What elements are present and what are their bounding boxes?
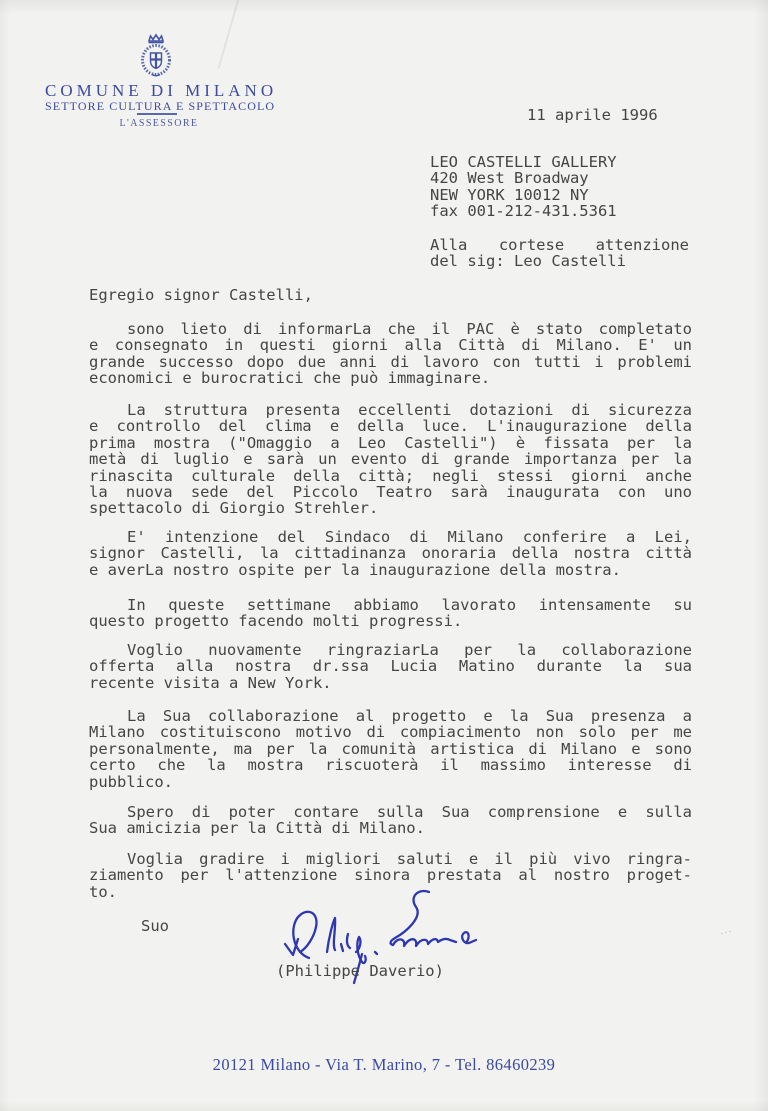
paragraph-line: pubblico. — [89, 774, 692, 790]
paragraph-line: Milano costituiscono motivo di compiacim… — [89, 724, 692, 740]
paragraph-line: offerta alla nostra dr.ssa Lucia Matino … — [89, 658, 692, 674]
paragraph-line: Voglio nuovamente ringraziarLa per la co… — [89, 642, 692, 658]
paragraph-line: rinascita culturale della città; negli s… — [89, 468, 692, 484]
letter-date: 11 aprile 1996 — [527, 107, 658, 123]
recipient-name: LEO CASTELLI GALLERY — [430, 154, 617, 170]
paragraph-line: personalmente, ma per la comunità artist… — [89, 741, 692, 757]
paragraph-line: certo che la mostra riscuoterà il massim… — [89, 757, 692, 773]
paragraph-line: E' intenzione del Sindaco di Milano conf… — [89, 529, 692, 545]
letter-page: COMUNE DI MILANO SETTORE CULTURA E SPETT… — [0, 0, 768, 1111]
paper-crease — [218, 0, 241, 69]
paragraph: Voglio nuovamente ringraziarLa per la co… — [89, 642, 692, 691]
paragraph: Voglia gradire i migliori saluti e il pi… — [89, 851, 692, 900]
paragraph-line: La struttura presenta eccellenti dotazio… — [89, 402, 692, 418]
paragraph: La Sua collaborazione al progetto e la S… — [89, 708, 692, 790]
footer-address: 20121 Milano - Via T. Marino, 7 - Tel. 8… — [0, 1055, 768, 1075]
paragraph-line: spettacolo di Giorgio Strehler. — [89, 500, 692, 516]
paragraph-line: economici e burocratici che può immagina… — [89, 370, 692, 386]
paragraph: E' intenzione del Sindaco di Milano conf… — [89, 529, 692, 578]
signer-name: (Philippe Daverio) — [276, 963, 444, 979]
recipient-address-block: LEO CASTELLI GALLERY 420 West Broadway N… — [430, 154, 617, 220]
paragraph: Spero di poter contare sulla Sua compren… — [89, 804, 692, 837]
paragraph-line: recente visita a New York. — [89, 675, 692, 691]
pencil-mark: ․․․ — [719, 925, 733, 938]
attention-line: del sig: Leo Castelli — [430, 253, 689, 269]
paragraph-line: grande successo dopo due anni di lavoro … — [89, 354, 692, 370]
paragraph-line: e consegnato in questi giorni alla Città… — [89, 337, 692, 353]
paragraph: In queste settimane abbiamo lavorato int… — [89, 597, 692, 630]
paragraph-line: to. — [89, 884, 692, 900]
paragraph: La struttura presenta eccellenti dotazio… — [89, 402, 692, 517]
closing-word: Suo — [141, 918, 169, 934]
paragraph-line: La Sua collaborazione al progetto e la S… — [89, 708, 692, 724]
paragraph-line: In queste settimane abbiamo lavorato int… — [89, 597, 692, 613]
attention-block: Alla cortese attenzione del sig: Leo Cas… — [430, 237, 689, 270]
paragraph-line: prima mostra ("Omaggio a Leo Castelli") … — [89, 435, 692, 451]
attention-line: Alla cortese attenzione — [430, 237, 689, 253]
paragraph-line: Sua amicizia per la Città di Milano. — [89, 820, 692, 836]
recipient-fax: fax 001-212-431.5361 — [430, 203, 617, 219]
recipient-city: NEW YORK 10012 NY — [430, 187, 617, 203]
paragraph-line: ziamento per l'attenzione sinora prestat… — [89, 867, 692, 883]
paragraph: sono lieto di informarLa che il PAC è st… — [89, 321, 692, 387]
paragraph-line: la nuova sede del Piccolo Teatro sarà in… — [89, 484, 692, 500]
salutation: Egregio signor Castelli, — [89, 287, 313, 303]
paragraph-line: e controllo del clima e della luce. L'in… — [89, 418, 692, 434]
paragraph-line: sono lieto di informarLa che il PAC è st… — [89, 321, 692, 337]
paragraph-line: e averLa nostro ospite per la inaugurazi… — [89, 562, 692, 578]
paragraph-line: Spero di poter contare sulla Sua compren… — [89, 804, 692, 820]
organization-name: COMUNE DI MILANO — [45, 81, 273, 101]
paragraph-line: Voglia gradire i migliori saluti e il pi… — [89, 851, 692, 867]
letterhead-divider — [137, 113, 177, 115]
recipient-street: 420 West Broadway — [430, 170, 617, 186]
department-name: SETTORE CULTURA E SPETTACOLO — [45, 99, 273, 114]
paragraph-line: metà di luglio e sarà un evento di grand… — [89, 451, 692, 467]
office-title: L'ASSESSORE — [109, 118, 209, 129]
paragraph-line: questo progetto facendo molti progressi. — [89, 613, 692, 629]
milan-coat-of-arms-icon — [131, 33, 181, 79]
paragraph-line: signor Castelli, la cittadinanza onorari… — [89, 545, 692, 561]
